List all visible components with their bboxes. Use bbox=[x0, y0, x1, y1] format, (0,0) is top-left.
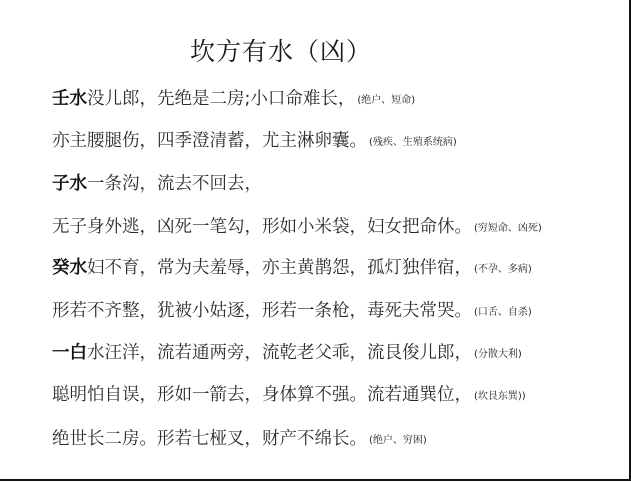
verse-line-5: 癸水妇不育，常为夫羞辱，亦主黄鹊怨，孤灯独伴宿，(不孕、多病) bbox=[52, 255, 532, 281]
document-page: 坎方有水（凶） 壬水没儿郎，先绝是二房;小口命难长，(绝户、短命) 亦主腰腿伤，… bbox=[0, 0, 631, 481]
verse-lead: 一白 bbox=[52, 343, 87, 363]
verse-line-7: 一白水汪洋，流若通两旁，流乾老父乖，流艮俊儿郎，(分散大利) bbox=[52, 340, 522, 366]
verse-lead: 壬水 bbox=[52, 89, 87, 109]
verse-note: (穷短命、凶死) bbox=[474, 223, 542, 234]
verse-note: (分散大利) bbox=[474, 349, 522, 360]
verse-text: 绝世长二房。形若七桠叉，财产不绵长。 bbox=[52, 429, 367, 449]
verse-line-9: 绝世长二房。形若七桠叉，财产不绵长。(绝户、穷困) bbox=[52, 426, 427, 452]
verse-line-3: 子水一条沟，流去不回去， bbox=[52, 171, 264, 197]
verse-note: (不孕、多病) bbox=[474, 264, 532, 275]
verse-text: 无子身外逃，凶死一笔勾，形如小米袋，妇女把命休。 bbox=[52, 217, 472, 237]
verse-text: 形若不齐整，犹被小姑逐，形若一条枪，毒死夫常哭。 bbox=[52, 301, 472, 321]
verse-lead: 子水 bbox=[52, 174, 87, 194]
verse-line-2: 亦主腰腿伤，四季澄清蓄，尤主淋卵囊。(残疾、生殖系统病) bbox=[52, 128, 457, 154]
verse-text: 亦主腰腿伤，四季澄清蓄，尤主淋卵囊。 bbox=[52, 131, 367, 151]
verse-note: (坎艮东巽)) bbox=[474, 391, 526, 402]
verse-text: 聪明怕自误，形如一箭去，身体算不强。流若通巽位， bbox=[52, 385, 472, 405]
verse-text: 一条沟，流去不回去， bbox=[87, 174, 262, 194]
verse-line-6: 形若不齐整，犹被小姑逐，形若一条枪，毒死夫常哭。(口舌、自杀) bbox=[52, 298, 532, 324]
verse-text: 没儿郎，先绝是二房;小口命难长， bbox=[87, 89, 355, 109]
verse-note: (绝户、穷困) bbox=[369, 435, 427, 446]
verse-note: (口舌、自杀) bbox=[474, 307, 532, 318]
verse-note: (绝户、短命) bbox=[357, 95, 415, 106]
verse-line-1: 壬水没儿郎，先绝是二房;小口命难长，(绝户、短命) bbox=[52, 86, 415, 112]
verse-lead: 癸水 bbox=[52, 258, 87, 278]
verse-text: 水汪洋，流若通两旁，流乾老父乖，流艮俊儿郎， bbox=[87, 343, 472, 363]
verse-line-8: 聪明怕自误，形如一箭去，身体算不强。流若通巽位，(坎艮东巽)) bbox=[52, 382, 526, 408]
verse-note: (残疾、生殖系统病) bbox=[369, 137, 457, 148]
verse-text: 妇不育，常为夫羞辱，亦主黄鹊怨，孤灯独伴宿， bbox=[87, 258, 472, 278]
verse-line-4: 无子身外逃，凶死一笔勾，形如小米袋，妇女把命休。(穷短命、凶死) bbox=[52, 214, 542, 240]
document-title: 坎方有水（凶） bbox=[190, 36, 372, 68]
